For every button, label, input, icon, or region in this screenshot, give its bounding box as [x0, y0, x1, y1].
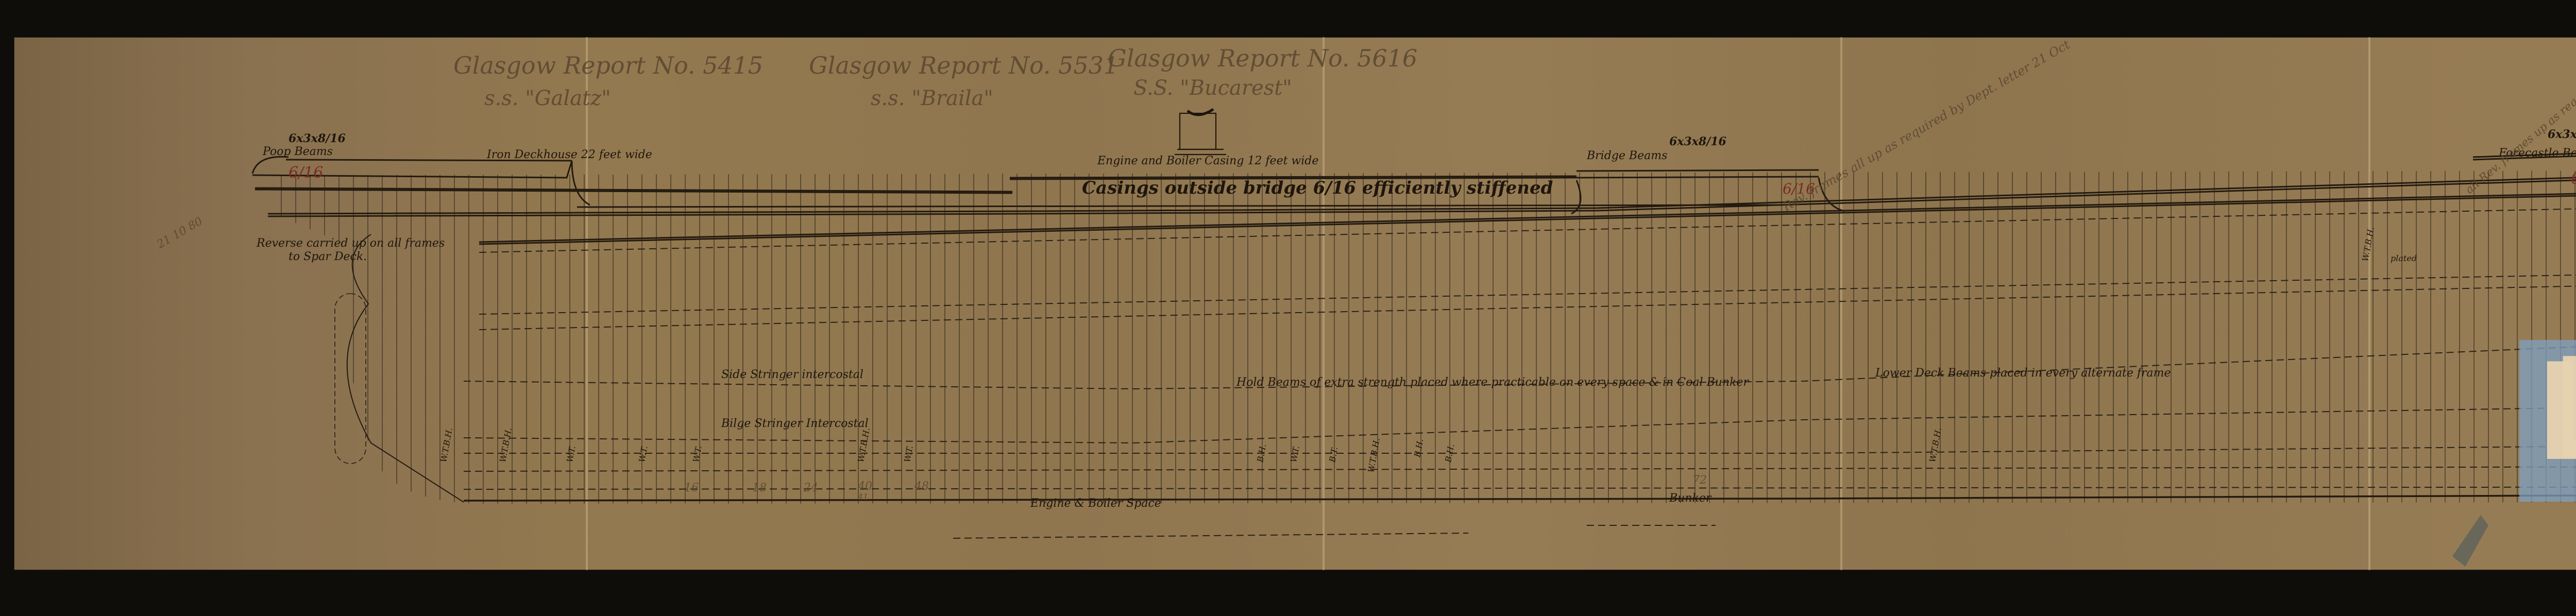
- poop-beams-label: Poop Beams: [263, 145, 333, 158]
- poop-beams-size: 6x3x8/16: [289, 132, 346, 145]
- lr-logo-letter-r: R: [2550, 340, 2576, 479]
- report-1-ship: s.s. "Galatz": [484, 87, 611, 110]
- frame-number: 72: [1692, 474, 1707, 487]
- bunker-label: Bunker: [1669, 492, 1711, 505]
- bridge-beams-label: Bridge Beams: [1587, 149, 1667, 162]
- frame-number: 18: [752, 482, 767, 494]
- bilge-stringer-label: Bilge Stringer Intercostal: [721, 417, 869, 430]
- engine-casing-label: Engine and Boiler Casing 12 feet wide: [1097, 155, 1318, 167]
- frame-number: 41: [858, 492, 868, 502]
- lower-deck-beams-label: Lower Deck Beams placed in every alterna…: [1875, 367, 2171, 380]
- report-2-title: Glasgow Report No. 5531: [809, 52, 1118, 79]
- report-2-ship: s.s. "Braila": [871, 87, 993, 110]
- tape-mark: [2452, 515, 2488, 567]
- report-3-title: Glasgow Report No. 5616: [1108, 44, 1417, 72]
- casings-bridge-note: Casings outside bridge 6/16 efficiently …: [1082, 178, 1553, 198]
- iron-deckhouse-label: Iron Deckhouse 22 feet wide: [487, 148, 652, 161]
- forecastle-beams-size: 6x3x8/16: [2548, 128, 2576, 141]
- reverse-frames-label-2: to Spar Deck.: [289, 250, 367, 263]
- hold-beams-label: Hold Beams of extra strength placed wher…: [1236, 376, 1749, 389]
- forecastle-plating-thickness: 6/16: [2571, 170, 2576, 188]
- reverse-frames-label: Reverse carried up on all frames: [257, 237, 445, 250]
- side-stringer-label: Side Stringer intercostal: [721, 368, 863, 381]
- poop-plating-thickness: 6/16: [289, 164, 323, 182]
- frame-number: 16: [684, 482, 699, 494]
- funnel-outline: [1175, 109, 1226, 155]
- frame-number: 40: [858, 480, 872, 493]
- engine-boiler-space-label: Engine & Boiler Space: [1030, 497, 1161, 510]
- bridge-beams-size: 6x3x8/16: [1669, 135, 1726, 148]
- plated-label: plated: [2391, 253, 2417, 263]
- report-1-title: Glasgow Report No. 5415: [453, 52, 763, 79]
- report-3-ship: S.S. "Bucarest": [1133, 76, 1292, 100]
- frame-number: 24: [804, 482, 818, 494]
- frame-number: 48: [914, 480, 929, 493]
